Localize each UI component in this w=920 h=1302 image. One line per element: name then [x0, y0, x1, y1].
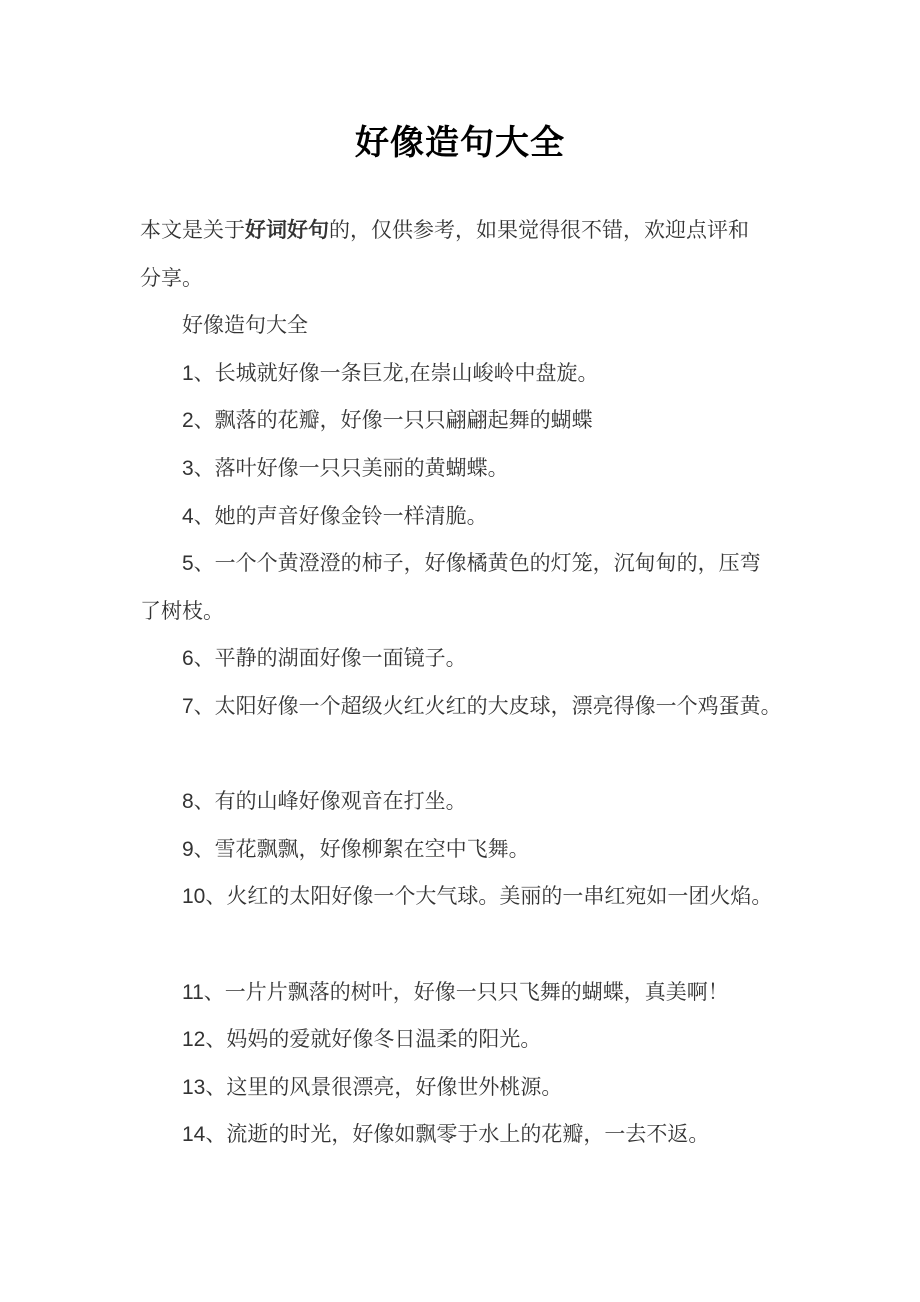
title-row: 好像造句大全: [0, 0, 920, 165]
sentence-line: 9、雪花飘飘，好像柳絮在空中飞舞。: [140, 826, 920, 874]
intro-text-bold: 好词好句: [245, 219, 329, 242]
sentence-line: 5、一个个黄澄澄的柿子，好像橘黄色的灯笼，沉甸甸的，压弯: [140, 540, 920, 588]
sentence-line: 11、一片片飘落的树叶，好像一只只飞舞的蝴蝶，真美啊！: [140, 969, 920, 1017]
sentence-line: 12、妈妈的爱就好像冬日温柔的阳光。: [140, 1016, 920, 1064]
intro-text-pre: 本文是关于: [140, 219, 245, 242]
sentence-line: 2、飘落的花瓣，好像一只只翩翩起舞的蝴蝶: [140, 397, 920, 445]
sentence-line: 4、她的声音好像金铃一样清脆。: [140, 493, 920, 541]
sentence-list: 1、长城就好像一条巨龙,在崇山峻岭中盘旋。2、飘落的花瓣，好像一只只翩翩起舞的蝴…: [140, 350, 920, 1159]
sentence-line: 8、有的山峰好像观音在打坐。: [140, 778, 920, 826]
sentence-line: 了树枝。: [140, 588, 920, 636]
document-page: 好像造句大全 本文是关于好词好句的，仅供参考，如果觉得很不错，欢迎点评和 分享。…: [0, 0, 920, 1302]
blank-line: [140, 731, 920, 779]
sentence-line: 13、这里的风景很漂亮，好像世外桃源。: [140, 1064, 920, 1112]
intro-text-post: 的，仅供参考，如果觉得很不错，欢迎点评和: [329, 219, 749, 242]
sentence-line: 14、流逝的时光，好像如飘零于水上的花瓣，一去不返。: [140, 1111, 920, 1159]
sentence-line: 6、平静的湖面好像一面镜子。: [140, 635, 920, 683]
sentence-line: 3、落叶好像一只只美丽的黄蝴蝶。: [140, 445, 920, 493]
intro-line-1: 本文是关于好词好句的，仅供参考，如果觉得很不错，欢迎点评和: [140, 207, 920, 255]
sentence-line: 10、火红的太阳好像一个大气球。美丽的一串红宛如一团火焰。: [140, 873, 920, 921]
document-body: 本文是关于好词好句的，仅供参考，如果觉得很不错，欢迎点评和 分享。 好像造句大全…: [0, 165, 920, 1159]
sentence-line: 1、长城就好像一条巨龙,在崇山峻岭中盘旋。: [140, 350, 920, 398]
intro-line-2: 分享。: [140, 255, 920, 303]
section-heading: 好像造句大全: [140, 302, 920, 350]
page-title: 好像造句大全: [0, 121, 920, 165]
blank-line: [140, 921, 920, 969]
sentence-line: 7、太阳好像一个超级火红火红的大皮球，漂亮得像一个鸡蛋黄。: [140, 683, 920, 731]
